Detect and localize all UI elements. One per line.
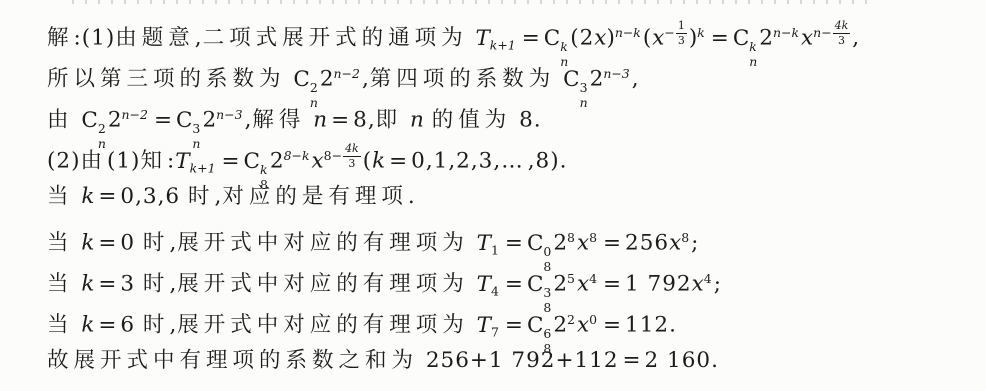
- text-run: 256+1 792+112: [426, 348, 619, 373]
- text-run: 解: [47, 26, 74, 51]
- superscript: n−2: [334, 66, 360, 81]
- text-run: 由: [47, 108, 74, 133]
- math-operator: =: [711, 26, 729, 51]
- math-scripted-term: x8: [577, 217, 597, 264]
- fraction: 4k3: [833, 20, 851, 46]
- math-base: ): [606, 26, 614, 51]
- math-base: T: [477, 231, 491, 256]
- math-variable: k: [372, 149, 385, 174]
- solution-line-5: 当 k=0,3,6 时,对应的是有理项.: [47, 176, 978, 217]
- text-run: 故展开式中有理项的系数之和为: [47, 348, 418, 373]
- text-run: 3: [120, 272, 143, 297]
- solution-line-4: (2)由(1)知:Tk+1=Ck828−kx8−4k3(k=0,1,2,3,…,…: [47, 135, 978, 176]
- fraction-numerator: 1: [676, 20, 687, 34]
- subscript: n: [749, 55, 757, 70]
- text-run: [286, 67, 294, 92]
- math-operator: =: [98, 231, 116, 256]
- math-base: C: [544, 26, 560, 51]
- text-run: 时: [188, 184, 215, 209]
- text-run: 112.: [625, 313, 677, 338]
- math-scripted-term: )k: [689, 12, 705, 59]
- solution-line-3: 由 C2n2n−2=C3n2n−3,解得 n=8,即 n 的值为 8.: [47, 94, 978, 135]
- subscript: 1: [491, 242, 499, 257]
- math-base: x: [577, 272, 589, 297]
- math-operator: =: [98, 184, 116, 209]
- subscript: 4: [491, 283, 499, 298]
- text-run: 0,3,6: [120, 184, 188, 209]
- text-run: 解得: [252, 108, 305, 133]
- solution-line-2: 所以第三项的系数为 C2n2n−2,第四项的系数为 C3n2n−3,: [47, 53, 978, 94]
- text-run: 时: [143, 272, 170, 297]
- fraction-numerator: 4k: [833, 20, 851, 34]
- math-scripted-term: 2n−3: [590, 53, 630, 100]
- text-run: 1 792: [625, 272, 692, 297]
- math-scripted-term: x4: [577, 258, 597, 305]
- text-run: 时: [143, 231, 170, 256]
- text-run: ;: [691, 231, 699, 256]
- text-run: [555, 67, 563, 92]
- text-run: 展开式中对应的有理项为: [177, 272, 469, 297]
- math-base: 2: [320, 67, 334, 92]
- text-run: 知: [140, 149, 167, 174]
- math-base: C: [527, 272, 543, 297]
- math-scripted-term: 2n−2: [108, 94, 148, 141]
- superscript: n−k: [773, 25, 799, 40]
- text-run: 当: [47, 313, 74, 338]
- solution-text: 解:(1)由题意,二项式展开式的通项为 Tk+1=Ckn(2x)n−k(x−13…: [47, 12, 978, 381]
- math-base: 2: [590, 67, 604, 92]
- text-run: :: [167, 149, 175, 174]
- math-base: 2: [759, 26, 773, 51]
- math-base: T: [475, 26, 489, 51]
- text-run: 8,: [353, 108, 376, 133]
- fraction: 13: [676, 20, 687, 46]
- superscript: k: [697, 25, 705, 40]
- math-operator: =: [623, 348, 641, 373]
- text-run: [469, 313, 477, 338]
- math-scripted-term: x8: [669, 217, 689, 264]
- superscript: n−3: [603, 66, 629, 81]
- math-scripted-term: x−13: [652, 12, 687, 59]
- math-base: x: [577, 313, 589, 338]
- text-run: (: [363, 149, 372, 174]
- math-operator: =: [603, 313, 621, 338]
- superscript: 0: [589, 312, 597, 327]
- math-variable: x: [594, 26, 606, 51]
- text-run: 二项式展开式的通项为: [203, 26, 468, 51]
- math-base: x: [312, 149, 324, 174]
- script-stack: 3n: [580, 81, 588, 110]
- math-base: 2: [553, 231, 567, 256]
- math-base: 2: [553, 272, 567, 297]
- fraction-denominator: 3: [678, 34, 685, 47]
- math-base: C: [244, 149, 260, 174]
- text-run: 当: [47, 231, 74, 256]
- text-run: [468, 26, 476, 51]
- math-base: 2: [108, 108, 122, 133]
- math-base: 2: [270, 149, 284, 174]
- exponent-prefix: n−: [813, 25, 831, 40]
- math-variable: n: [410, 108, 424, 133]
- text-run: [402, 108, 410, 133]
- subscript: 7: [491, 324, 499, 339]
- text-run: …: [501, 149, 528, 174]
- text-run: [469, 272, 477, 297]
- text-run: 由题意: [115, 26, 195, 51]
- math-scripted-term: 28: [553, 217, 575, 264]
- text-run: ,: [852, 26, 860, 51]
- solution-line-8: 当 k=6 时,展开式中对应的有理项为 T7=C6822x0=112.: [47, 299, 978, 340]
- math-base: x: [577, 231, 589, 256]
- subscript: n: [580, 96, 588, 111]
- math-base: T: [477, 272, 491, 297]
- text-run: 0: [120, 231, 143, 256]
- text-run: [469, 231, 477, 256]
- text-run: 时: [143, 313, 170, 338]
- math-base: 2: [553, 313, 567, 338]
- text-run: ,: [195, 26, 203, 51]
- superscript: 4: [704, 271, 712, 286]
- text-run: 的值为: [432, 108, 512, 133]
- math-scripted-term: 2n−2: [320, 53, 360, 100]
- math-operator: =: [222, 149, 240, 174]
- solution-page: 解:(1)由题意,二项式展开式的通项为 Tk+1=Ckn(2x)n−k(x−13…: [0, 0, 986, 391]
- text-run: [418, 348, 426, 373]
- text-run: 由: [80, 149, 107, 174]
- script-stack: kn: [749, 40, 757, 69]
- math-base: ): [689, 26, 697, 51]
- superscript: n−2: [122, 107, 148, 122]
- math-base: C: [293, 67, 309, 92]
- text-run: 当: [47, 272, 74, 297]
- math-operator: =: [505, 313, 523, 338]
- math-base: C: [563, 67, 579, 92]
- math-scripted-term: )n−k: [606, 12, 640, 59]
- math-variable: n: [313, 108, 327, 133]
- superscript: −13: [664, 25, 686, 40]
- math-variable: k: [81, 231, 94, 256]
- text-run: [424, 108, 432, 133]
- subscript: k+1: [490, 37, 516, 52]
- superscript: n−3: [216, 107, 242, 122]
- math-operator: =: [505, 272, 523, 297]
- math-operator: =: [98, 272, 116, 297]
- exponent-prefix: −: [664, 25, 674, 40]
- text-run: ,: [632, 67, 640, 92]
- text-run: 6: [120, 313, 143, 338]
- superscript: 8: [567, 230, 575, 245]
- fraction: 4k3: [343, 143, 361, 169]
- math-variable: k: [81, 184, 94, 209]
- fraction-denominator: 3: [348, 157, 355, 170]
- text-run: .: [408, 184, 416, 209]
- text-run: (2): [47, 149, 80, 174]
- math-base: C: [176, 108, 192, 133]
- text-run: ,: [362, 67, 370, 92]
- superscript: 8: [589, 230, 597, 245]
- math-scripted-term: 2n−3: [202, 94, 242, 141]
- math-operator: =: [331, 108, 349, 133]
- math-variable: k: [81, 272, 94, 297]
- math-scripted-term: Ckn: [733, 18, 757, 70]
- previous-line-remnant: [72, 0, 872, 4]
- math-base: T: [175, 149, 189, 174]
- text-run: 当: [47, 184, 74, 209]
- text-run: 对应的是有理项: [222, 184, 408, 209]
- math-base: C: [527, 231, 543, 256]
- math-base: 2: [202, 108, 216, 133]
- text-run: ;: [714, 272, 722, 297]
- text-run: (: [643, 26, 652, 51]
- superscript: 2: [567, 312, 575, 327]
- math-variable: k: [81, 313, 94, 338]
- math-base: x: [692, 272, 704, 297]
- math-scripted-term: 22: [553, 299, 575, 346]
- text-run: 所以第三项的系数为: [47, 67, 286, 92]
- solution-line-6: 当 k=0 时,展开式中对应的有理项为 T1=C0828x8=256x8;: [47, 217, 978, 258]
- math-operator: =: [505, 231, 523, 256]
- solution-line-9: 故展开式中有理项的系数之和为 256+1 792+112=2 160.: [47, 340, 978, 381]
- text-run: [74, 108, 82, 133]
- fraction-denominator: 3: [838, 34, 845, 47]
- math-scripted-term: C3n: [563, 59, 587, 111]
- text-run: (2: [570, 26, 594, 51]
- math-base: C: [527, 313, 543, 338]
- exponent-prefix: 8−: [324, 148, 342, 163]
- fraction-numerator: 4k: [343, 143, 361, 157]
- superscript: n−k: [615, 25, 641, 40]
- math-scripted-term: 25: [553, 258, 575, 305]
- math-operator: =: [154, 108, 172, 133]
- superscript: 8−k: [284, 148, 310, 163]
- math-scripted-term: 28−k: [270, 135, 310, 182]
- solution-line-1: 解:(1)由题意,二项式展开式的通项为 Tk+1=Ckn(2x)n−k(x−13…: [47, 12, 978, 53]
- text-run: :(1): [74, 26, 116, 51]
- text-run: 2 160.: [645, 348, 719, 373]
- math-base: x: [801, 26, 813, 51]
- text-run: ,8).: [528, 149, 568, 174]
- math-base: T: [477, 313, 491, 338]
- math-operator: =: [389, 149, 407, 174]
- superscript: 4: [589, 271, 597, 286]
- superscript: 8: [681, 230, 689, 245]
- math-base: x: [652, 26, 664, 51]
- superscript: 5: [567, 271, 575, 286]
- math-base: C: [81, 108, 97, 133]
- math-base: C: [733, 26, 749, 51]
- text-run: 即: [376, 108, 403, 133]
- superscript: k: [749, 40, 757, 55]
- math-operator: =: [522, 26, 540, 51]
- math-scripted-term: x8−4k3: [312, 135, 361, 182]
- text-run: 展开式中对应的有理项为: [177, 231, 469, 256]
- math-scripted-term: x4: [692, 258, 712, 305]
- text-run: (1): [107, 149, 140, 174]
- solution-line-7: 当 k=3 时,展开式中对应的有理项为 T4=C3825x4=1 792x4;: [47, 258, 978, 299]
- math-scripted-term: x0: [577, 299, 597, 346]
- text-run: 展开式中对应的有理项为: [177, 313, 469, 338]
- text-run: 第四项的系数为: [370, 67, 556, 92]
- superscript: 3: [580, 81, 588, 96]
- math-base: x: [669, 231, 681, 256]
- text-run: 8.: [511, 108, 541, 133]
- superscript: 8−4k3: [324, 148, 361, 163]
- math-operator: =: [603, 272, 621, 297]
- subscript: k+1: [190, 160, 216, 175]
- superscript: n−4k3: [813, 25, 850, 40]
- math-scripted-term: 2n−k: [759, 12, 799, 59]
- math-scripted-term: xn−4k3: [801, 12, 850, 59]
- math-operator: =: [98, 313, 116, 338]
- math-operator: =: [603, 231, 621, 256]
- text-run: 0,1,2,3,: [411, 149, 501, 174]
- text-run: 256: [625, 231, 669, 256]
